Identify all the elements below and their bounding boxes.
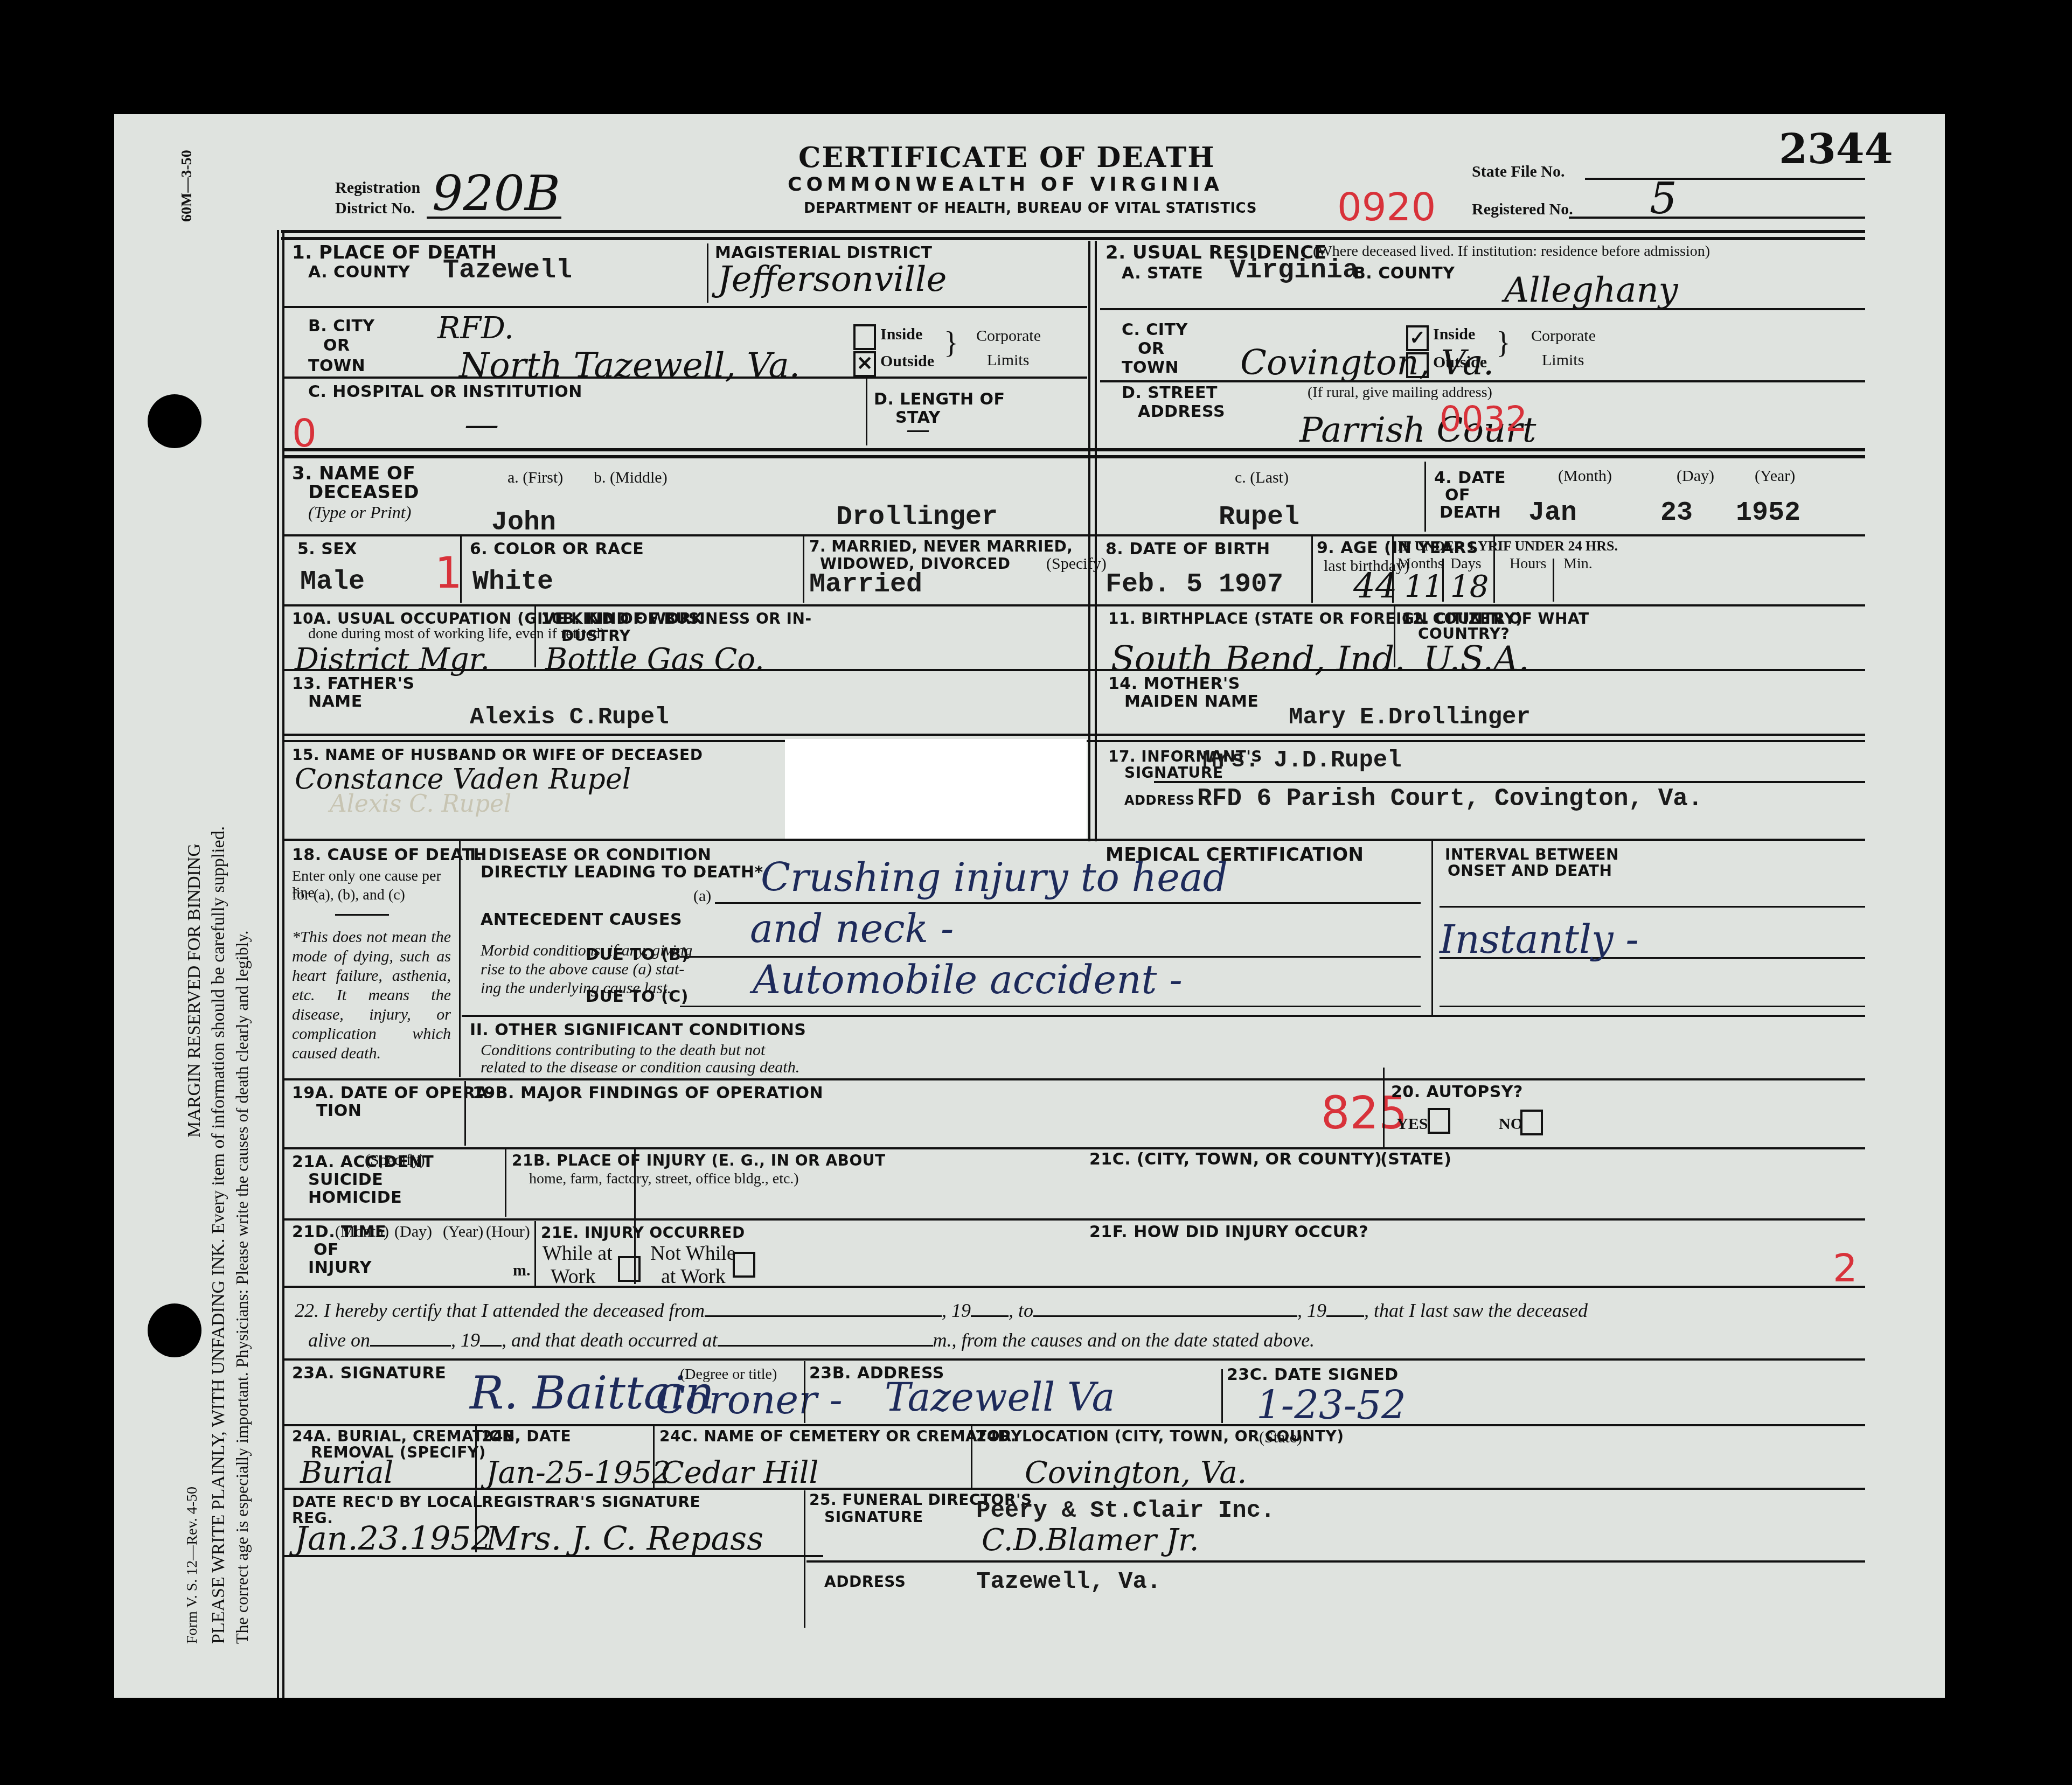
- registration-label-2: District No.: [335, 199, 415, 217]
- physician-title: Coroner -: [656, 1377, 843, 1423]
- autopsy-yes-label: YES: [1396, 1115, 1428, 1133]
- injury-f-label: 21f. HOW DID INJURY OCCUR?: [1089, 1224, 1368, 1241]
- death-day-value: 23: [1660, 498, 1693, 528]
- res-city-label-c: c. CITY: [1122, 322, 1188, 339]
- marital-label-1: 7. MARRIED, NEVER MARRIED,: [809, 539, 1073, 554]
- race-label: 6. COLOR OR RACE: [470, 541, 644, 558]
- father-name-value: Alexis C.Rupel: [470, 704, 669, 731]
- marital-label-3: (Specify): [1046, 555, 1107, 573]
- occupation-value: District Mgr.: [295, 642, 490, 677]
- injury-a-label-3: HOMICIDE: [308, 1189, 402, 1207]
- date-of-death-label-2: OF: [1445, 487, 1470, 504]
- cause-c-value: Automobile accident -: [753, 957, 1183, 1002]
- print-code: 60M—3-50: [179, 150, 196, 222]
- autopsy-no-checkbox[interactable]: [1520, 1110, 1543, 1135]
- registrar-signature-value: Mrs. J. C. Repass: [486, 1520, 763, 1558]
- certificate-title: CERTIFICATE OF DEATH: [798, 141, 1215, 174]
- cause-of-death-label: 18. CAUSE OF DEATH: [292, 847, 487, 864]
- registration-label-1: Registration: [335, 179, 420, 197]
- under-24-hrs-label: IF UNDER 24 HRS.: [1498, 539, 1618, 554]
- date-signed-label: 23c. DATE SIGNED: [1227, 1366, 1399, 1384]
- signature-label: 23a. SIGNATURE: [292, 1365, 446, 1382]
- funeral-address-value: Tazewell, Va.: [976, 1568, 1161, 1595]
- last-name-value: Rupel: [1219, 502, 1299, 533]
- first-name-label: a. (First): [507, 469, 563, 486]
- binding-hole-top: [148, 394, 201, 448]
- burial-location-value: Covington, Va.: [1025, 1455, 1247, 1490]
- burial-value: Burial: [300, 1455, 393, 1490]
- department-line: DEPARTMENT OF HEALTH, BUREAU OF VITAL ST…: [804, 201, 1257, 216]
- occupation-label-2: done during most of working life, even i…: [308, 626, 605, 643]
- city-label-town: TOWN: [308, 358, 365, 375]
- injury-a-specify: (Specify): [365, 1151, 425, 1169]
- autopsy-no-label: NO: [1499, 1115, 1523, 1133]
- cause-c-label: DUE TO (c): [586, 988, 689, 1006]
- res-city-label-town: TOWN: [1122, 359, 1179, 376]
- under-1-yr-label: IF UNDER 1 YR.: [1397, 539, 1501, 554]
- res-corporate-label: Corporate: [1531, 327, 1596, 345]
- business-label-2: DUSTRY: [561, 628, 631, 644]
- date-signed-value: 1-23-52: [1256, 1383, 1406, 1428]
- registered-number: 5: [1650, 173, 1677, 224]
- binding-hole-bottom: [148, 1303, 201, 1357]
- outside-limits-checkbox-checked[interactable]: ✕: [853, 351, 876, 377]
- while-at-work-checkbox[interactable]: [618, 1256, 641, 1282]
- brace-icon: }: [944, 327, 958, 360]
- certify-text-1c: , to: [1009, 1300, 1033, 1321]
- injury-b-label-1: 21b. PLACE OF INJURY (e. g., in or about: [512, 1153, 886, 1168]
- res-city-label-or: OR: [1138, 340, 1165, 358]
- funeral-address-label: ADDRESS: [824, 1574, 906, 1589]
- date-of-death-label-3: DEATH: [1440, 504, 1501, 521]
- certify-text-2c: , and that death occurred at: [502, 1329, 718, 1351]
- burial-date-value: Jan-25-1952: [486, 1455, 671, 1490]
- residence-state-label: a. STATE: [1122, 265, 1203, 282]
- registration-district-value: 920B: [432, 165, 560, 222]
- date-received-value: Jan.23.1952: [295, 1520, 492, 1558]
- interval-label-1: INTERVAL BETWEEN: [1445, 847, 1619, 862]
- inside-limits-checkbox[interactable]: [853, 324, 876, 350]
- certify-line-2: alive on, 19, and that death occurred at…: [308, 1329, 1315, 1352]
- certify-text-1a: 22. I hereby certify that I attended the…: [295, 1300, 705, 1321]
- injury-c-state-label: (STATE): [1380, 1151, 1452, 1168]
- county-label: a. COUNTY: [308, 264, 410, 281]
- age-months-value: 11: [1404, 569, 1443, 604]
- date-of-death-label-1: 4. DATE: [1434, 470, 1506, 487]
- corporate-label: Corporate: [976, 327, 1041, 345]
- injury-d-label-2: OF: [314, 1242, 339, 1259]
- citizen-value: U.S.A.: [1423, 639, 1529, 679]
- street-label-1: d. STREET: [1122, 385, 1218, 402]
- usual-residence-note: (Where deceased lived. If institution: r…: [1313, 243, 1710, 260]
- length-of-stay-label-1: d. LENGTH OF: [874, 391, 1005, 408]
- street-note: (If rural, give mailing address): [1308, 385, 1492, 401]
- residence-state-value: Virginia: [1229, 255, 1359, 286]
- inside-label: Inside: [880, 325, 922, 343]
- month-label: (Month): [1558, 467, 1612, 485]
- outside-label: Outside: [880, 352, 934, 370]
- age-years-value: 44: [1353, 567, 1397, 606]
- injury-d-hour: (Hour): [486, 1223, 530, 1240]
- age-days-value: 18: [1450, 569, 1489, 604]
- instruction-line-1: PLEASE WRITE PLAINLY, WITH UNFADING INK.…: [208, 826, 228, 1644]
- name-label-2: DECEASED: [308, 483, 419, 503]
- certificate-subtitle: COMMONWEALTH OF VIRGINIA: [788, 175, 1223, 195]
- death-city-line-1: RFD.: [437, 311, 514, 346]
- other-conditions-label: II. OTHER SIGNIFICANT CONDITIONS: [470, 1022, 806, 1039]
- hours-label: Hours: [1510, 556, 1546, 573]
- other-note-2: related to the disease or condition caus…: [481, 1058, 799, 1077]
- injury-d-label-3: INJURY: [308, 1259, 372, 1277]
- street-label-2: ADDRESS: [1138, 403, 1225, 421]
- father-label-2: NAME: [308, 693, 363, 710]
- injury-e-not-1: Not While: [650, 1243, 736, 1265]
- certify-text-1d: , 19: [1297, 1300, 1326, 1321]
- cemetery-label: 24c. NAME OF CEMETERY OR CREMATORY: [659, 1428, 1022, 1444]
- certify-text-1e: , that I last saw the deceased: [1364, 1300, 1588, 1321]
- min-label: Min.: [1563, 556, 1593, 573]
- autopsy-label: 20. AUTOPSY?: [1391, 1084, 1523, 1101]
- cause-b-value: and neck -: [750, 906, 954, 951]
- burial-date-label: 24b. DATE: [482, 1428, 571, 1444]
- injury-e-while-1: While at: [543, 1243, 613, 1265]
- disease-label-1: I. DISEASE OR CONDITION: [470, 847, 711, 864]
- interval-label-2: ONSET AND DEATH: [1448, 863, 1612, 878]
- funeral-director-signature: C.D.Blamer Jr.: [982, 1523, 1199, 1558]
- death-year-value: 1952: [1736, 498, 1800, 528]
- res-brace-icon: }: [1496, 327, 1511, 360]
- last-name-label: c. (Last): [1235, 469, 1289, 486]
- disease-label-2: DIRECTLY LEADING TO DEATH*: [481, 864, 763, 881]
- race-value: White: [472, 567, 553, 597]
- certify-text-2d: m., from the causes and on the date stat…: [933, 1329, 1315, 1351]
- red-mark-1: 1: [435, 548, 462, 598]
- not-while-at-work-checkbox[interactable]: [733, 1252, 755, 1278]
- city-label-or: OR: [323, 337, 350, 354]
- residence-county-label: b. COUNTY: [1353, 265, 1455, 282]
- injury-a-label-2: SUICIDE: [308, 1172, 383, 1189]
- interval-value: Instantly -: [1440, 917, 1639, 962]
- middle-name-label: b. (Middle): [594, 469, 668, 486]
- registered-label: Registered No.: [1472, 200, 1573, 218]
- faint-erased-text: Alexis C. Rupel: [330, 790, 511, 818]
- injury-e-not-2: at Work: [661, 1266, 726, 1288]
- injury-d-day: (Day): [394, 1223, 432, 1240]
- red-mark-2: 2: [1833, 1245, 1858, 1291]
- mother-label-1: 14. MOTHER'S: [1108, 675, 1240, 693]
- name-label-1: 3. NAME OF: [292, 464, 415, 484]
- operation-date-label-2: TION: [316, 1103, 361, 1120]
- marital-value: Married: [809, 569, 922, 600]
- informant-address-value: RFD 6 Parish Court, Covington, Va.: [1197, 785, 1703, 813]
- day-label: (Day): [1677, 467, 1714, 485]
- death-month-value: Jan: [1528, 498, 1577, 528]
- binding-margin-note: MARGIN RESERVED FOR BINDING: [184, 843, 204, 1138]
- hospital-value: —: [464, 405, 499, 445]
- cemetery-value: Cedar Hill: [661, 1455, 818, 1490]
- burial-state-label: (State): [1259, 1428, 1302, 1446]
- certify-text-1b: , 19: [942, 1300, 971, 1321]
- registrar-signature-label: REGISTRAR'S SIGNATURE: [482, 1494, 700, 1510]
- res-outside-checkbox[interactable]: [1406, 352, 1429, 378]
- autopsy-yes-checkbox[interactable]: [1428, 1108, 1450, 1134]
- cause-b-label: DUE TO (b): [586, 946, 689, 964]
- residence-county-value: Alleghany: [1504, 270, 1678, 310]
- injury-d-year: (Year): [443, 1223, 483, 1240]
- birthplace-value: South Bend, Ind.: [1111, 639, 1405, 679]
- res-inside-label: Inside: [1433, 325, 1475, 343]
- informant-signature-value: Mrs. J.D.Rupel: [1202, 747, 1402, 774]
- birth-date-label: 8. DATE OF BIRTH: [1105, 541, 1270, 558]
- length-of-stay-value: —: [906, 416, 930, 443]
- certify-text-2b: , 19: [451, 1329, 480, 1351]
- injury-b-label-2: home, farm, factory, street, office bldg…: [529, 1171, 799, 1188]
- injury-e-label: 21e. INJURY OCCURRED: [541, 1225, 745, 1240]
- city-label-b: b. CITY: [308, 318, 375, 335]
- business-value: Bottle Gas Co.: [545, 642, 764, 677]
- certify-line-1: 22. I hereby certify that I attended the…: [295, 1299, 1857, 1322]
- informant-address-label: ADDRESS: [1124, 794, 1194, 807]
- business-label-1: 10b. KIND OF BUSINESS OR IN-: [541, 611, 812, 626]
- middle-name-value: Drollinger: [836, 502, 998, 533]
- funeral-firm-value: Peery & St.Clair Inc.: [976, 1497, 1275, 1524]
- limits-label: Limits: [987, 351, 1029, 369]
- citizen-label-1: 12. CITIZEN OF WHAT: [1402, 611, 1589, 626]
- sex-value: Male: [300, 567, 365, 597]
- magisterial-district-label: MAGISTERIAL DISTRICT: [715, 245, 932, 262]
- cause-a-label: (a): [693, 887, 711, 905]
- injury-e-while-2: Work: [551, 1266, 595, 1288]
- first-name-value: John: [491, 507, 556, 538]
- antecedent-label: ANTECEDENT CAUSES: [481, 911, 682, 929]
- red-stamp-0032: 0032: [1440, 400, 1527, 440]
- injury-d-month: (Month): [335, 1223, 389, 1240]
- cause-footnote: *This does not mean the mode of dying, s…: [292, 928, 451, 1063]
- death-certificate-page: 60M—3-50 Form V. S. 12—Rev. 4-50 MARGIN …: [114, 114, 1945, 1698]
- sex-label: 5. SEX: [297, 541, 357, 558]
- birth-date-value: Feb. 5 1907: [1105, 569, 1283, 600]
- hospital-label: c. HOSPITAL OR INSTITUTION: [308, 384, 582, 401]
- death-county-value: Tazewell: [443, 255, 572, 286]
- state-file-label: State File No.: [1472, 163, 1565, 180]
- red-stamp-0920: 0920: [1337, 184, 1436, 229]
- year-label: (Year): [1755, 467, 1795, 485]
- res-inside-checkbox-checked[interactable]: ✓: [1406, 325, 1429, 351]
- mother-name-value: Mary E.Drollinger: [1289, 704, 1531, 731]
- redacted-section-16: [785, 739, 1087, 839]
- father-label-1: 13. FATHER'S: [292, 675, 414, 693]
- form-number: Form V. S. 12—Rev. 4-50: [184, 1487, 201, 1644]
- injury-c-label: 21c. (CITY, TOWN, OR COUNTY): [1089, 1151, 1382, 1168]
- cause-a-value: Crushing injury to head: [761, 855, 1228, 900]
- physician-address-value: Tazewell Va: [885, 1375, 1115, 1420]
- injury-d-m: m.: [513, 1261, 531, 1279]
- spouse-label: 15. NAME OF HUSBAND OR WIFE OF DECEASED: [292, 747, 703, 763]
- other-note-1: Conditions contributing to the death but…: [481, 1041, 765, 1060]
- death-city-line-2: North Tazewell, Va.: [459, 346, 800, 386]
- certify-text-2a: alive on: [308, 1329, 370, 1351]
- res-limits-label: Limits: [1542, 351, 1584, 369]
- state-file-number: 2344: [1779, 125, 1893, 173]
- mother-label-2: MAIDEN NAME: [1124, 693, 1259, 710]
- name-label-3: (Type or Print): [308, 502, 411, 522]
- operation-findings-label: 19b. MAJOR FINDINGS OF OPERATION: [472, 1085, 823, 1102]
- funeral-director-label-2: SIGNATURE: [824, 1509, 923, 1525]
- res-outside-label: Outside: [1433, 353, 1487, 371]
- date-received-label-1: DATE REC'D BY LOCAL: [292, 1494, 483, 1510]
- cause-instruction-2: for (a), (b), and (c): [292, 887, 405, 904]
- magisterial-district-value: Jeffersonville: [718, 260, 947, 299]
- instruction-line-2: The correct age is especially important.…: [233, 930, 252, 1644]
